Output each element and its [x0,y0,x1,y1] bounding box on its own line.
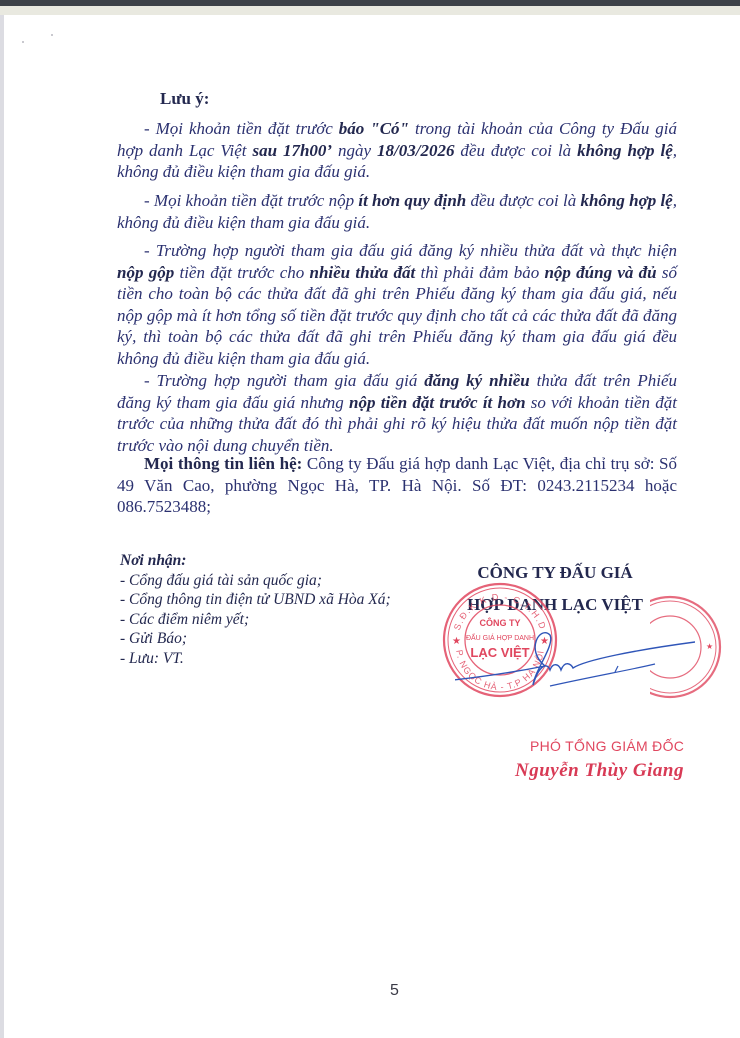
emphasis-text: nộp đúng và đủ [544,263,656,282]
emphasis-text: ít hơn quy định [358,191,466,210]
signer-name: Nguyễn Thùy Giang [515,760,684,782]
document-page: Lưu ý: - Mọi khoản tiền đặt trước báo "C… [0,0,740,1038]
note-paragraph: - Mọi khoản tiền đặt trước báo "Có" tron… [117,118,677,183]
body-text: - Mọi khoản tiền đặt trước nộp [144,191,358,210]
emphasis-text: không hợp lệ [580,191,672,210]
emphasis-text: báo "Có" [339,119,409,138]
body-text: đều được coi là [454,141,577,160]
body-text: đều được coi là [466,191,580,210]
note-paragraph: - Trường hợp người tham gia đấu giá đăng… [117,370,677,456]
handwritten-signature [455,630,695,690]
emphasis-text: 18/03/2026 [377,141,454,160]
body-text: - Trường hợp người tham gia đấu giá [144,371,424,390]
signer-title: PHÓ TỔNG GIÁM ĐỐC [530,738,684,754]
contact-label: Mọi thông tin liên hệ: [144,454,302,473]
body-text: ngày [332,141,377,160]
svg-text:★: ★ [706,642,713,651]
emphasis-text: nộp tiền đặt trước ít hơn [349,393,526,412]
recipient-item: - Cổng thông tin điện tử UBND xã Hòa Xá; [120,590,391,610]
recipient-item: - Các điểm niêm yết; [120,610,391,630]
recipient-item: - Lưu: VT. [120,649,391,669]
svg-text:CÔNG TY: CÔNG TY [479,617,520,628]
emphasis-text: nhiều thửa đất [310,263,416,282]
recipient-item: - Cổng đấu giá tài sản quốc gia; [120,571,391,591]
note-title: Lưu ý: [160,89,209,109]
emphasis-text: không hợp lệ [577,141,673,160]
note-paragraph: - Trường hợp người tham gia đấu giá đăng… [117,240,677,369]
body-text: thì phải đảm bảo [415,263,544,282]
recipient-item: - Gửi Báo; [120,629,391,649]
emphasis-text: đăng ký nhiều [424,371,529,390]
emphasis-text: nộp gộp [117,263,174,282]
body-text: tiền đặt trước cho [174,263,309,282]
body-text: - Trường hợp người tham gia đấu giá đăng… [144,241,677,260]
contact-info: Mọi thông tin liên hệ: Công ty Đấu giá h… [117,453,677,518]
recipients-block: Nơi nhận: - Cổng đấu giá tài sản quốc gi… [120,551,391,668]
page-number: 5 [390,982,399,1000]
recipients-heading: Nơi nhận: [120,551,391,571]
note-paragraph: - Mọi khoản tiền đặt trước nộp ít hơn qu… [117,190,677,233]
body-text: - Mọi khoản tiền đặt trước [144,119,339,138]
emphasis-text: sau 17h00’ [252,141,332,160]
